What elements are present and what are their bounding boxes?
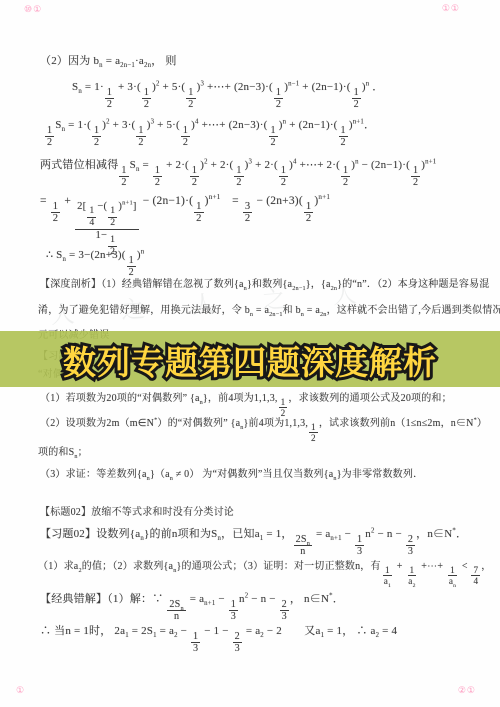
doc-line: （2）因为 bn = a2n−1·a2n， 则 <box>40 54 177 68</box>
document-page: 人 之 人 之 人 （2）因为 bn = a2n−1·a2n， 则Sn = 1·… <box>0 0 500 707</box>
corner-mark-bottom-left: ① <box>16 686 25 695</box>
doc-line: ∴ 当n = 1时， 2a1 = 2S1 = a2 − 13 − 1 − 23 … <box>40 624 397 654</box>
overlay-title-text: 数列专题第四题深度解析 <box>0 337 500 384</box>
corner-mark-top-right: ①① <box>442 4 460 13</box>
doc-line: 两式错位相减得12Sn = 12 + 2·(12)2 + 2·(12)3 + 2… <box>40 158 436 188</box>
doc-line: 【习题02】设数列{an}的前n项和为Sn，已知a1 = 1，2Snn = an… <box>40 527 467 557</box>
doc-line: Sn = 1·12 + 3·(12)2 + 5·(12)3 +⋯+ (2n−3)… <box>72 80 384 110</box>
doc-line: ∴ Sn = 3−(2n+3)(12)n <box>46 248 144 278</box>
corner-mark-bottom-right: ②① <box>458 686 476 695</box>
doc-line: （3）求证：等差数列{an}（an ≠ 0） 为“对偶数列”当且仅当数列{an}… <box>40 468 423 481</box>
doc-line: 项的和Sn； <box>38 446 88 459</box>
corner-mark-top-left: ⑩① <box>24 5 42 14</box>
doc-line: 淆，为了避免犯错好理解，用换元法最好，令 bn = a2n−1和 bn = a2… <box>38 304 500 317</box>
doc-line: （1）求a2的值；（2）求数列{an}的通项公式；（3）证明：对一切正整数n，有… <box>38 560 491 586</box>
doc-line: 【经典错解】（1）解：∵ 2Snn = an+1 − 13n2 − n − 23… <box>40 592 344 622</box>
overlay-title: 数列专题第四题深度解析 数列专题第四题深度解析 <box>0 337 500 381</box>
doc-line: （2）设项数为2m（m∈N*）的“对偶数列” {an}前4项为1,1,3,12，… <box>40 417 487 443</box>
doc-line: （1）若项数为20项的“对偶数列” {an}，前4项为1,1,3,12，求该数列… <box>40 392 452 418</box>
doc-line: 【标题02】放缩不等式求和时没有分类讨论 <box>40 506 234 519</box>
doc-line: 【深度剖析】（1）经典错解错在忽视了数列{an}和数列{a2n−1}，{a2n}… <box>40 278 489 291</box>
doc-line: 12Sn = 1·(12)2 + 3·(12)3 + 5·(12)4 +⋯+ (… <box>44 118 375 148</box>
